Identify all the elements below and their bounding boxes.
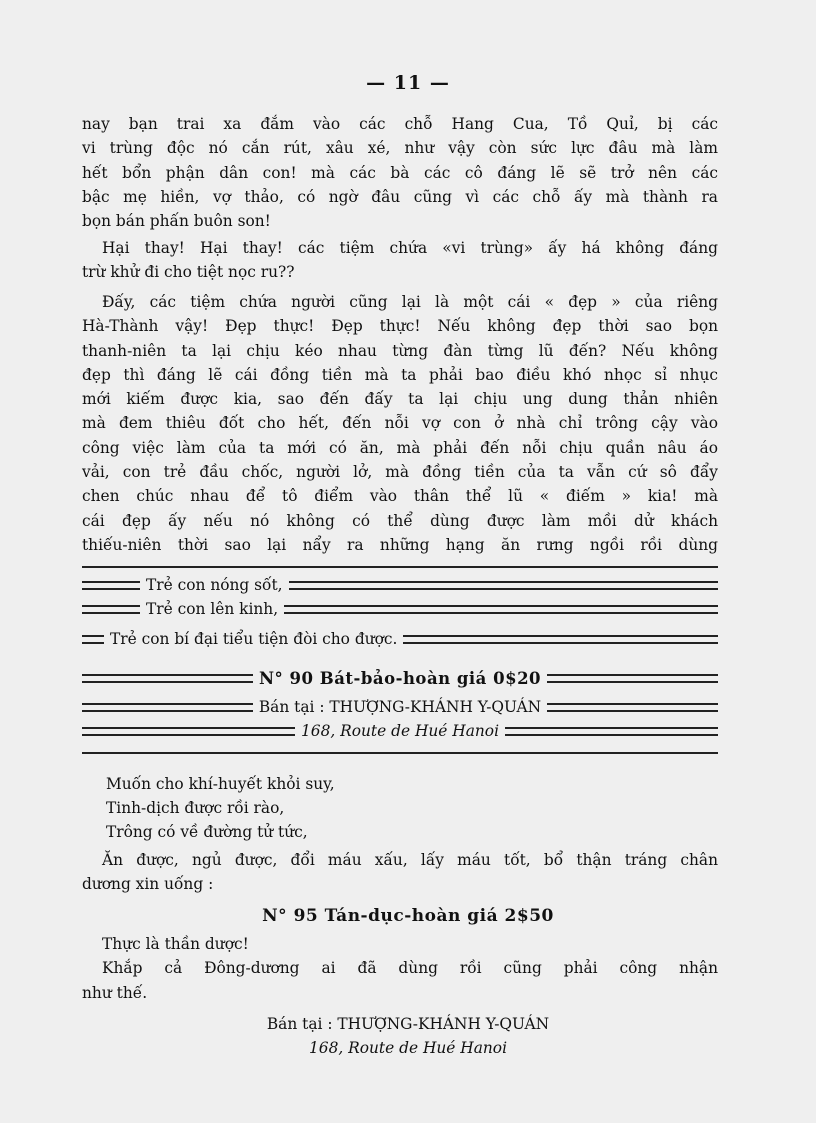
text-line: chen chúc nhau để tô điểm vào thân thể l…	[82, 484, 718, 508]
advert-1-address: 168, Route de Hué Hanoi	[82, 720, 718, 742]
text-line: Ăn được, ngủ được, đổi máu xấu, lấy máu …	[82, 848, 718, 872]
advert-text: Trẻ con nóng sốt,	[146, 576, 283, 594]
double-rule	[547, 674, 718, 683]
text-line: trừ khử đi cho tiệt nọc ru??	[82, 260, 718, 284]
text-line: dương xin uống :	[82, 872, 718, 896]
text-line: đẹp thì đáng lẽ cái đồng tiền mà ta phải…	[82, 363, 718, 387]
text-line: thanh-niên ta lại chịu kéo nhau từng đàn…	[82, 339, 718, 363]
double-rule	[82, 581, 140, 590]
text-line: Khắp cả Đông-dương ai đã dùng rồi cũng p…	[82, 956, 718, 980]
double-rule	[82, 635, 104, 644]
advert-2-verse: Muốn cho khí-huyết khỏi suy, Tinh-dịch đ…	[106, 772, 335, 844]
advert-2-product: N° 95 Tán-dục-hoàn giá 2$50	[0, 906, 816, 926]
double-rule	[82, 674, 253, 683]
text-line: bậc mẹ hiền, vợ thảo, có ngờ đâu cũng vì…	[82, 185, 718, 209]
paragraph-1: nay bạn trai xa đắm vào các chỗ Hang Cua…	[82, 112, 718, 233]
verse-line: Muốn cho khí-huyết khỏi suy,	[106, 772, 335, 796]
divider-rule	[82, 752, 718, 754]
double-rule	[82, 605, 140, 614]
advert-text: Trẻ con lên kinh,	[146, 600, 278, 618]
double-rule	[284, 605, 718, 614]
advert-1-line: Trẻ con nóng sốt,	[82, 574, 718, 596]
product-title: N° 90 Bát-bảo-hoàn giá 0$20	[259, 669, 541, 688]
text-line: Hại thay! Hại thay! các tiệm chứa «vi tr…	[82, 236, 718, 260]
verse-line: Tinh-dịch được rồi rào,	[106, 796, 335, 820]
text-line: hết bổn phận dân con! mà các bà các cô đ…	[82, 161, 718, 185]
advert-1-line: Trẻ con bí đại tiểu tiện đòi cho được.	[82, 628, 718, 650]
text-line: cái đẹp ấy nếu nó không có thể dùng được…	[82, 509, 718, 533]
paragraph-2: Hại thay! Hại thay! các tiệm chứa «vi tr…	[82, 236, 718, 285]
double-rule	[547, 703, 718, 712]
text-line: mà đem thiêu đốt cho hết, đến nỗi vợ con…	[82, 411, 718, 435]
text-line: vải, con trẻ đầu chốc, người lở, mà đồng…	[82, 460, 718, 484]
text-line: thiếu-niên thời sao lại nẩy ra những hạn…	[82, 533, 718, 557]
double-rule	[289, 581, 718, 590]
paragraph-3: Đấy, các tiệm chứa người cũng lại là một…	[82, 290, 718, 557]
advert-1-line: Trẻ con lên kinh,	[82, 598, 718, 620]
text-line: bọn bán phấn buôn son!	[82, 209, 718, 233]
advert-2-address: 168, Route de Hué Hanoi	[0, 1039, 816, 1057]
double-rule	[403, 635, 718, 644]
text-line: Thực là thần dược!	[82, 932, 718, 956]
advert-2-call: Ăn được, ngủ được, đổi máu xấu, lấy máu …	[82, 848, 718, 897]
advert-text: Trẻ con bí đại tiểu tiện đòi cho được.	[110, 630, 397, 648]
text-line: như thế.	[82, 981, 718, 1005]
text-line: vi trùng độc nó cắn rút, xâu xé, như vậy…	[82, 136, 718, 160]
page-number: — 11 —	[0, 72, 816, 94]
text-line: Đấy, các tiệm chứa người cũng lại là một…	[82, 290, 718, 314]
advert-1-product: N° 90 Bát-bảo-hoàn giá 0$20	[82, 667, 718, 689]
advert-2-claims: Thực là thần dược! Khắp cả Đông-dương ai…	[82, 932, 718, 1005]
double-rule	[82, 703, 253, 712]
advert-1-seller: Bán tại : THƯỢNG-KHÁNH Y-QUÁN	[82, 696, 718, 718]
text-line: mới kiếm được kia, sao đến đấy ta lại ch…	[82, 387, 718, 411]
advert-2-seller: Bán tại : THƯỢNG-KHÁNH Y-QUÁN	[0, 1015, 816, 1033]
text-line: Hà-Thành vậy! Đẹp thực! Đẹp thực! Nếu kh…	[82, 314, 718, 338]
verse-line: Trông có về đường tử tức,	[106, 820, 335, 844]
divider-rule	[82, 566, 718, 568]
seller-name: Bán tại : THƯỢNG-KHÁNH Y-QUÁN	[259, 698, 541, 716]
text-line: nay bạn trai xa đắm vào các chỗ Hang Cua…	[82, 112, 718, 136]
double-rule	[82, 727, 295, 736]
text-line: công việc làm của ta mới có ăn, mà phải …	[82, 436, 718, 460]
double-rule	[505, 727, 718, 736]
seller-address: 168, Route de Hué Hanoi	[301, 722, 499, 740]
